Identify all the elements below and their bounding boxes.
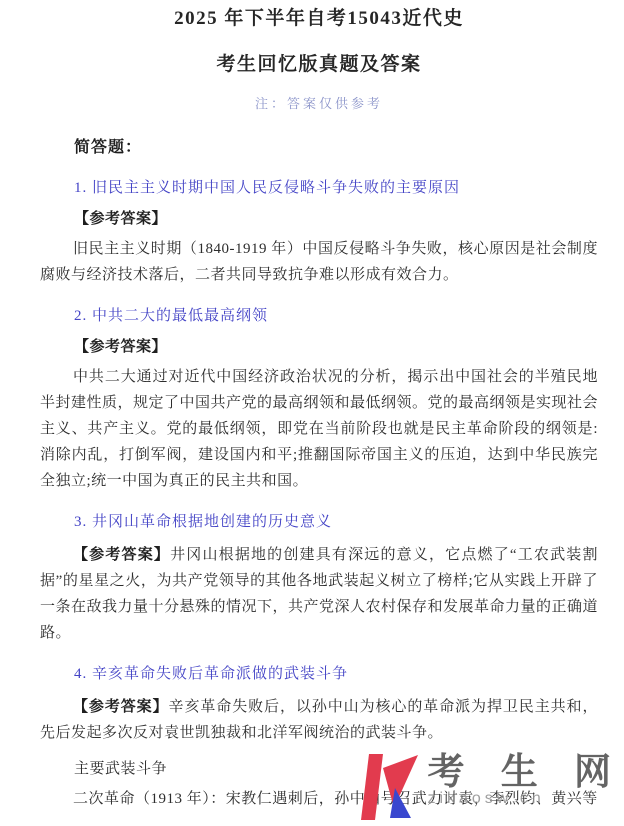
question-heading: 2. 中共二大的最低最高纲领 xyxy=(74,304,598,328)
question-heading: 4. 辛亥革命失败后革命派做的武装斗争 xyxy=(74,662,598,686)
answer-paragraph: 【参考答案】井冈山根据地的创建具有深远的意义，它点燃了“工农武装割据”的星星之火… xyxy=(40,542,598,646)
question-heading: 1. 旧民主主义时期中国人民反侵略斗争失败的主要原因 xyxy=(74,176,598,200)
question-block: 2. 中共二大的最低最高纲领 【参考答案】 中共二大通过对近代中国经济政治状况的… xyxy=(40,304,598,494)
answer-extra: 二次革命（1913 年）：宋教仁遇刺后，孙中山号召武力讨袁，李烈钧、黄兴等 xyxy=(40,786,598,812)
question-block: 3. 井冈山革命根据地创建的历史意义 【参考答案】井冈山根据地的创建具有深远的意… xyxy=(40,510,598,646)
document-page: 2025 年下半年自考15043近代史 考生回忆版真题及答案 注：答案仅供参考 … xyxy=(0,0,624,812)
section-label: 简答题： xyxy=(74,136,598,160)
answer-paragraph: 旧民主主义时期（1840-1919 年）中国反侵略斗争失败，核心原因是社会制度腐… xyxy=(40,236,598,288)
reference-note: 注：答案仅供参考 xyxy=(40,95,598,113)
answer-paragraph: 中共二大通过对近代中国经济政治状况的分析，揭示出中国社会的半殖民地半封建性质，规… xyxy=(40,364,598,494)
page-title-line2: 考生回忆版真题及答案 xyxy=(40,52,598,78)
question-heading: 3. 井冈山革命根据地创建的历史意义 xyxy=(74,510,598,534)
answer-label: 【参考答案】 xyxy=(74,335,598,359)
answer-subheading: 主要武装斗争 xyxy=(74,757,598,781)
questions-container: 1. 旧民主主义时期中国人民反侵略斗争失败的主要原因 【参考答案】 旧民主主义时… xyxy=(40,176,598,812)
answer-paragraph: 【参考答案】辛亥革命失败后，以孙中山为核心的革命派为捍卫民主共和，先后发起多次反… xyxy=(40,694,598,746)
page-title-line1: 2025 年下半年自考15043近代史 xyxy=(40,6,598,32)
answer-label: 【参考答案】 xyxy=(74,207,598,231)
question-block: 4. 辛亥革命失败后革命派做的武装斗争 【参考答案】辛亥革命失败后，以孙中山为核… xyxy=(40,662,598,812)
question-block: 1. 旧民主主义时期中国人民反侵略斗争失败的主要原因 【参考答案】 旧民主主义时… xyxy=(40,176,598,288)
